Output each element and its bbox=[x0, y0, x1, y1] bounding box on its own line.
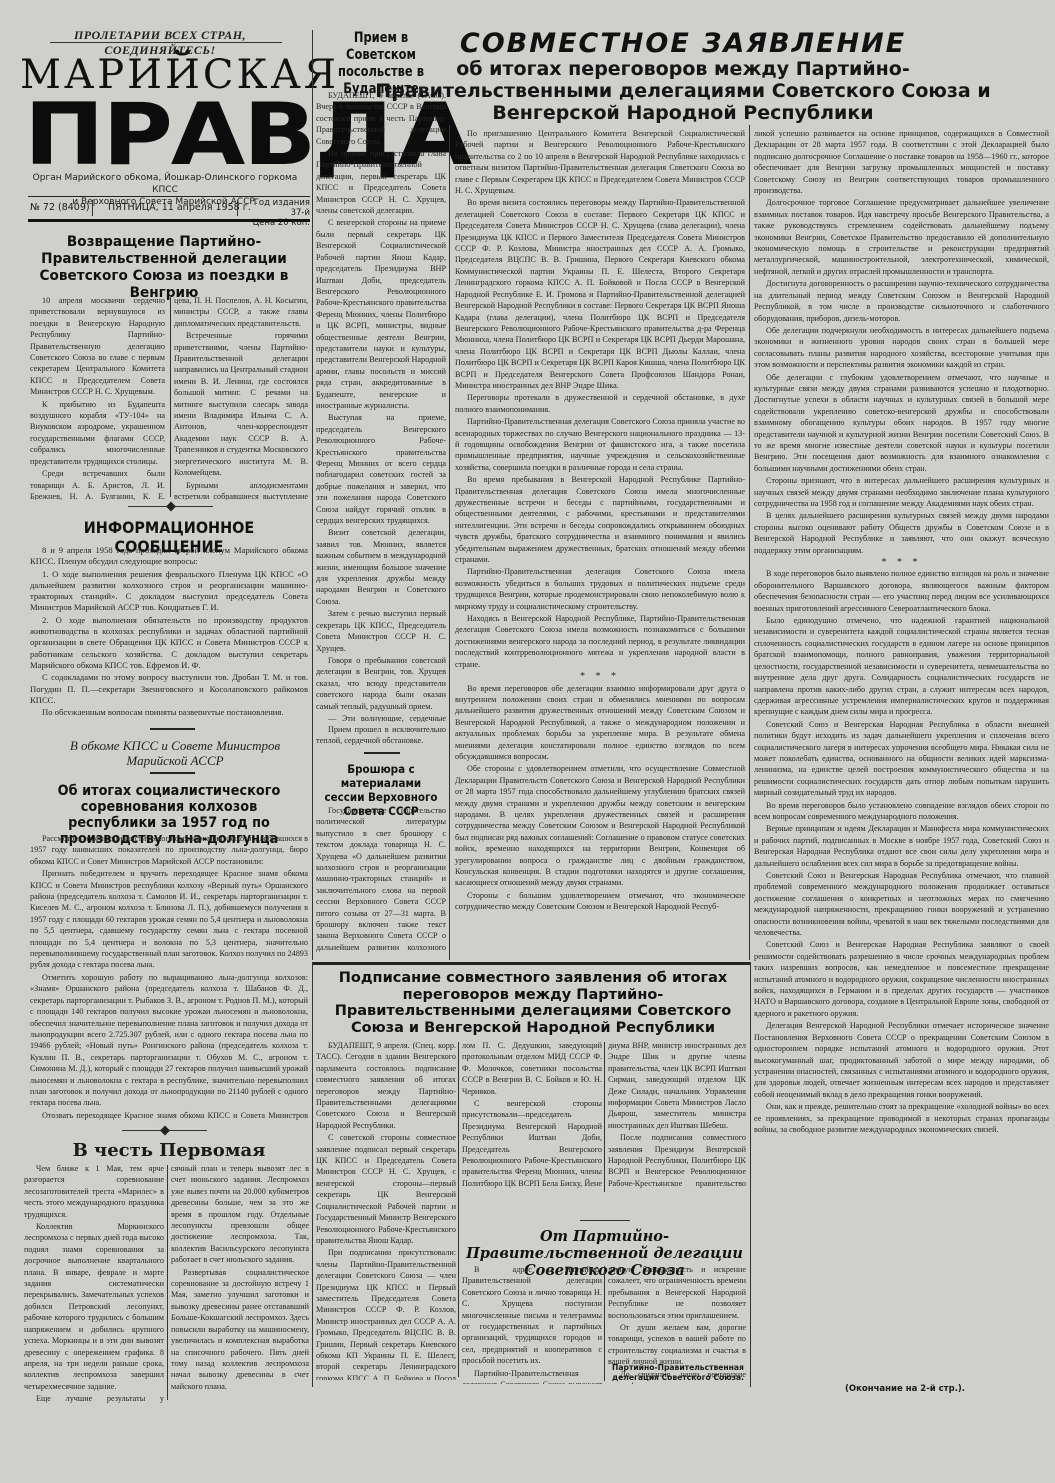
reception-closing: Прием прошел в исключительно теплой, сер… bbox=[316, 724, 446, 748]
divider bbox=[150, 728, 195, 730]
divider bbox=[50, 42, 282, 43]
paragraph: Коллектив Моркинского леспромхоза с перв… bbox=[24, 1221, 164, 1392]
divider bbox=[28, 219, 310, 222]
paragraph: Делегация Венгерской Народной Республики… bbox=[754, 1020, 1049, 1100]
paragraph: Во время пребывания в Венгерской Народно… bbox=[455, 474, 745, 565]
signing-col1: БУДАПЕШТ, 9 апреля. (Спец. корр. ТАСС). … bbox=[316, 1040, 456, 1380]
paragraph: Во время визита состоялись переговоры ме… bbox=[455, 197, 745, 391]
mayday-col1: Чем ближе к 1 Мая, тем ярче разгорается … bbox=[24, 1163, 164, 1403]
paragraph: Выступая на приеме, председатель Венгерс… bbox=[316, 412, 446, 526]
paragraph: ликой успешно развивается на основе прин… bbox=[754, 128, 1049, 196]
paragraph: Во время переговоров было установлено со… bbox=[754, 800, 1049, 823]
paragraph: сячный план и теперь вывозят лес в счет … bbox=[171, 1163, 309, 1266]
paragraph: Бурными аплодисментами встретили собравш… bbox=[174, 480, 308, 501]
paragraph: На приеме присутствовала глава Партийно-… bbox=[316, 148, 446, 216]
signing-headline: Подписание совместного заявления об итог… bbox=[318, 970, 748, 1036]
paragraph: Прием прошел в исключительно теплой, сер… bbox=[316, 724, 446, 747]
joint-statement-headline: СОВМЕСТНОЕ ЗАЯВЛЕНИЕ bbox=[318, 28, 1048, 59]
paragraph: Было единодушно отмечено, что надежной г… bbox=[754, 615, 1049, 718]
column-rule bbox=[458, 1042, 459, 1377]
paragraph: После подписания совместного заявления П… bbox=[608, 1132, 746, 1190]
paragraph: Советский Союз и Венгерская Народная Рес… bbox=[754, 939, 1049, 1019]
paragraph: Обе стороны с удовлетворением отметили, … bbox=[455, 763, 745, 888]
paragraph: цева, П. Н. Поспелов, А. Н. Косыгин, мин… bbox=[174, 295, 308, 329]
column-rule bbox=[170, 297, 171, 497]
column-rule bbox=[449, 125, 450, 960]
paragraph: Партийно-Правительственная делегация Сов… bbox=[455, 416, 745, 473]
column-rule bbox=[750, 962, 751, 1387]
brochure-body: Государственное издательство политическо… bbox=[316, 805, 446, 955]
column-rule bbox=[312, 962, 313, 1387]
paragraph: Визит советской делегации, заявил тов. М… bbox=[316, 527, 446, 607]
paragraph: Отметить хорошую работу по выращиванию л… bbox=[30, 972, 308, 1109]
signing-col2: лом П. С. Дедушкин, заведующий протоколь… bbox=[462, 1040, 602, 1190]
paragraph: лом П. С. Дедушкин, заведующий протоколь… bbox=[462, 1040, 602, 1097]
paragraph: Встреченные горячими приветствиями, член… bbox=[174, 330, 308, 478]
paragraph: Развертывая социалистическое соревновани… bbox=[171, 1267, 309, 1392]
section-stars: * * * bbox=[455, 671, 745, 682]
joint-statement-col1: По приглашению Центрального Комитета Вен… bbox=[455, 128, 745, 958]
paragraph: Верные принципам и идеям Декларации и Ма… bbox=[754, 823, 1049, 869]
column-rule bbox=[604, 1042, 605, 1192]
paragraph: Находясь в Венгерской Народной Республик… bbox=[455, 613, 745, 670]
ornament-divider bbox=[128, 506, 213, 507]
paragraph: Долгосрочное торговое Соглашение предусм… bbox=[754, 197, 1049, 277]
from-delegation-signature: Партийно-Правительственная делегация Сов… bbox=[608, 1363, 748, 1383]
paragraph: — Эти волнующие, сердечные встречи, — го… bbox=[316, 713, 446, 722]
paragraph: Среди встречавших были товарищи А. Б. Ар… bbox=[30, 468, 165, 500]
signature-line: Партийно-Правительственная bbox=[608, 1363, 748, 1373]
paragraph: С венгерской стороны на приеме были перв… bbox=[316, 217, 446, 411]
paragraph: По обсужденным вопросам приняты разверну… bbox=[30, 707, 308, 715]
paragraph: 10 апреля москвичи сердечно приветствова… bbox=[30, 295, 165, 398]
column-rule bbox=[312, 30, 313, 960]
paragraph: От души желаем вам, дорогие товарищи, ус… bbox=[608, 1322, 746, 1368]
mayday-col2: сячный план и теперь вывозят лес в счет … bbox=[171, 1163, 309, 1403]
paragraph: 8 и 9 апреля 1958 года проходил второй п… bbox=[30, 545, 308, 568]
divider bbox=[150, 772, 195, 774]
continued-note: (Окончание на 2-й стр.). bbox=[845, 1384, 965, 1394]
paragraph: дечную благодарность и искренне сожалеет… bbox=[608, 1264, 746, 1321]
info-body: 8 и 9 апреля 1958 года проходил второй п… bbox=[30, 545, 308, 715]
newspaper-page: ПРОЛЕТАРИИ ВСЕХ СТРАН, СОЕДИНЯЙТЕСЬ! МАР… bbox=[0, 0, 1055, 1483]
paragraph: Советский Союз и Венгерская Народная Рес… bbox=[754, 719, 1049, 799]
joint-statement-col2: ликой успешно развивается на основе прин… bbox=[754, 128, 1049, 1350]
paragraph: Стороны с большим удовлетворением отмеча… bbox=[455, 890, 745, 913]
joint-statement-subheadline: об итогах переговоров между Партийно-Пра… bbox=[318, 58, 1048, 124]
issue-meta: Год издания 37-й Цена 20 коп. bbox=[242, 198, 310, 228]
paragraph: Партийно-Правительственная делегация Сов… bbox=[455, 566, 745, 612]
paragraph: Обе делегации подчеркнули необходимость … bbox=[754, 325, 1049, 371]
paragraph: С венгерской стороны присутствовали—пред… bbox=[462, 1098, 602, 1190]
paragraph: диума ВНР, министр иностранных дел Эндре… bbox=[608, 1040, 746, 1131]
paragraph: К прибытию из Будапешта воздушного кораб… bbox=[30, 399, 165, 467]
column-rule bbox=[167, 1165, 168, 1400]
divider bbox=[92, 200, 93, 216]
divider bbox=[312, 962, 750, 965]
section-stars: * * * bbox=[754, 557, 1049, 568]
organ-line-1: Орган Марийского обкома, Йошкар-Олинског… bbox=[20, 172, 310, 196]
paragraph: В целях дальнейшего расширения культурны… bbox=[754, 510, 1049, 556]
return-col1: 10 апреля москвичи сердечно приветствова… bbox=[30, 295, 165, 500]
ornament-divider bbox=[122, 1130, 207, 1131]
from-delegation-col1: В адрес Партийно-Правительственной делег… bbox=[462, 1264, 602, 1384]
paragraph: Достигнута договоренность о расширении н… bbox=[754, 278, 1049, 324]
divider bbox=[237, 200, 238, 216]
paragraph: Стороны признают, что в интересах дальне… bbox=[754, 475, 1049, 509]
paragraph: БУДАПЕШТ, 9 апреля. (Спец. корр. ТАСС). … bbox=[316, 1040, 456, 1131]
paragraph: С содокладами по этому вопросу выступили… bbox=[30, 672, 308, 706]
return-col2: цева, П. Н. Поспелов, А. Н. Косыгин, мин… bbox=[174, 295, 308, 500]
paragraph: При подписании присутствовали: члены Пар… bbox=[316, 1247, 456, 1380]
paragraph: В ходе переговоров было выявлено полное … bbox=[754, 568, 1049, 614]
paragraph: Отозвать переходящее Красное знамя обком… bbox=[30, 1110, 308, 1123]
paragraph: Чем ближе к 1 Мая, тем ярче разгорается … bbox=[24, 1163, 164, 1220]
paragraph: Говоря о пребывании советской делегации … bbox=[316, 655, 446, 712]
paragraph: По приглашению Центрального Комитета Вен… bbox=[455, 128, 745, 196]
paragraph: Еще лучшие результаты у починковцев, кот… bbox=[24, 1393, 164, 1403]
paragraph: Обе делегации с глубоким удовлетворением… bbox=[754, 372, 1049, 475]
year-of-publication: Год издания 37-й bbox=[242, 198, 310, 218]
divider bbox=[364, 752, 400, 754]
column-rule bbox=[604, 1266, 605, 1381]
paragraph: Затем с речью выступил первый секретарь … bbox=[316, 608, 446, 654]
issue-date: ПЯТНИЦА, 11 апреля 1958 г. bbox=[108, 202, 251, 213]
paragraph: 2. О ходе выполнения обязательств по про… bbox=[30, 615, 308, 671]
issue-number: № 72 (8409) bbox=[30, 202, 90, 213]
mayday-headline: В честь Первомая bbox=[28, 1140, 310, 1161]
paragraph: Во время переговоров обе делегации взаим… bbox=[455, 683, 745, 763]
paragraph: В адрес Партийно-Правительственной делег… bbox=[462, 1264, 602, 1367]
divider bbox=[580, 1220, 630, 1221]
paragraph: Партийно-Правительственная делегация Сов… bbox=[462, 1368, 602, 1384]
paragraph: Рассмотрев итоги социалистического сорев… bbox=[30, 833, 308, 867]
column-rule bbox=[749, 125, 750, 960]
paragraph: Переговоры протекали в дружественной и с… bbox=[455, 392, 745, 415]
signature-line: делегация Советского Союза. bbox=[608, 1373, 748, 1383]
paragraph: Советский Союз и Венгерская Народная Рес… bbox=[754, 870, 1049, 938]
paragraph: Признать победителем и вручить переходящ… bbox=[30, 868, 308, 971]
obkom-body: Рассмотрев итоги социалистического сорев… bbox=[30, 833, 308, 1123]
return-headline: Возвращение Партийно-Правительственной д… bbox=[27, 234, 301, 302]
reception-body: БУДАПЕШТ, 9 апреля. (ТАСС). Вчера в посо… bbox=[316, 90, 446, 722]
obkom-rubric: В обкоме КПСС и Совете Министров Марийск… bbox=[40, 738, 310, 768]
paragraph: С советской стороны совместное заявление… bbox=[316, 1132, 456, 1246]
paragraph: 1. О ходе выполнения решения февральског… bbox=[30, 569, 308, 614]
signing-col3: диума ВНР, министр иностранных дел Эндре… bbox=[608, 1040, 746, 1190]
paragraph: Государственное издательство политическо… bbox=[316, 805, 446, 955]
paragraph: Они, как и прежде, решительно стоят за п… bbox=[754, 1101, 1049, 1135]
divider bbox=[28, 196, 310, 197]
